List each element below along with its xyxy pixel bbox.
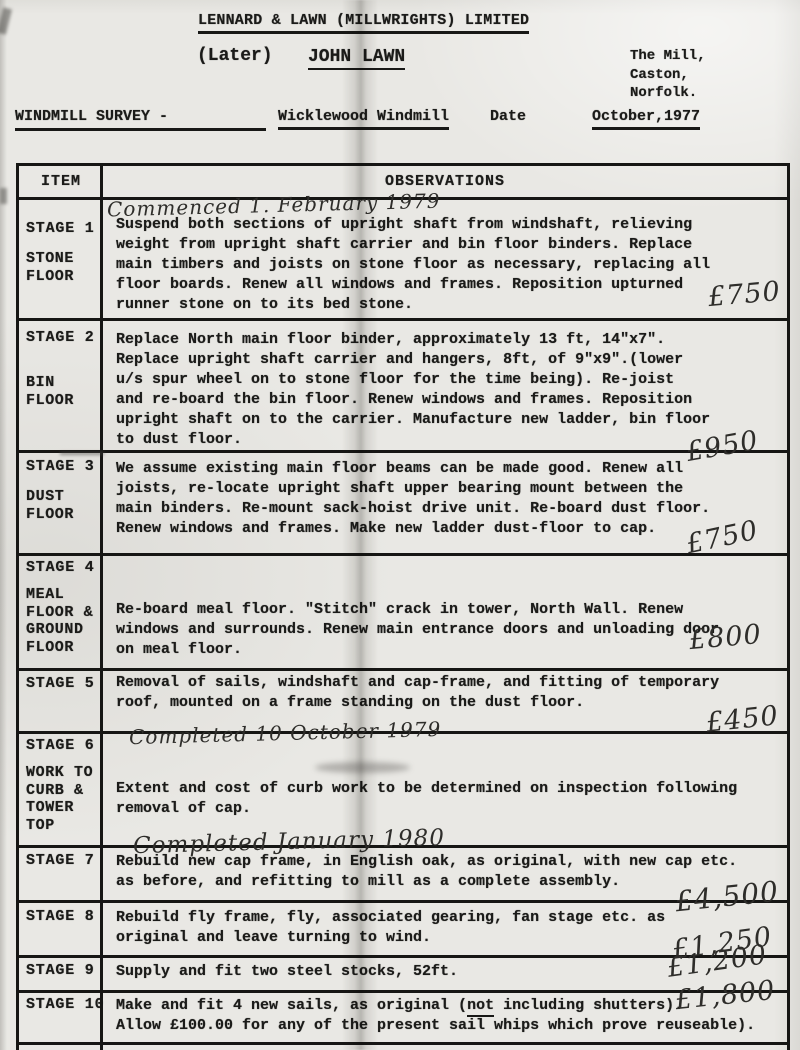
- observations-cell: Commenced 1. February 1979 Suspend both …: [103, 200, 787, 318]
- observation-text-part: including shutters).: [494, 997, 683, 1014]
- table-row: STAGE 1 STONE FLOOR Commenced 1. Februar…: [19, 200, 787, 321]
- observations-cell: We assume existing main floor beams can …: [103, 453, 787, 553]
- stage-label: STAGE 3: [26, 458, 103, 475]
- stage-label: STAGE 6: [26, 737, 103, 754]
- mill-name: Wicklewood Windmill: [278, 108, 449, 130]
- column-divider: [100, 166, 103, 1050]
- observations-cell: Replace North main floor binder, approxi…: [103, 321, 787, 450]
- observations-cell: Removal of sails, windshaft and cap-fram…: [103, 671, 787, 731]
- document-page: LENNARD & LAWN (MILLWRIGHTS) LIMITED (La…: [0, 0, 800, 1050]
- observation-text: Replace North main floor binder, approxi…: [116, 321, 787, 450]
- item-column-header: ITEM: [19, 166, 103, 197]
- observations-column-header: OBSERVATIONS: [103, 166, 787, 197]
- date-value: October,1977: [592, 108, 700, 130]
- stage-item-cell: STAGE 1 STONE FLOOR: [19, 200, 103, 318]
- item-name: WORK TO CURB & TOWER TOP: [26, 764, 103, 834]
- stage-label: STAGE 9: [26, 962, 103, 979]
- item-name: BIN FLOOR: [26, 374, 103, 409]
- later-label: (Later): [197, 46, 273, 66]
- stage-item-cell: STAGE 7: [19, 848, 103, 900]
- proprietor-name: JOHN LAWN: [308, 47, 405, 70]
- observations-cell: Re-board meal floor. "Stitch" crack in t…: [103, 556, 787, 668]
- observation-text-part: Make and fit 4 new sails, as original (: [116, 997, 467, 1014]
- stage-item-cell: STAGE 9: [19, 958, 103, 990]
- table-row: STAGE 10 Make and fit 4 new sails, as or…: [19, 993, 787, 1045]
- table-row: STAGE 8 Rebuild fly frame, fly, associat…: [19, 903, 787, 958]
- table-row: STAGE 9 Supply and fit two steel stocks,…: [19, 958, 787, 993]
- stage-item-cell: STAGE 4 MEAL FLOOR & GROUND FLOOR: [19, 556, 103, 668]
- table-row: STAGE 5 Removal of sails, windshaft and …: [19, 671, 787, 734]
- item-name: MEAL FLOOR & GROUND FLOOR: [26, 586, 103, 656]
- stage-label: STAGE 10: [26, 996, 103, 1013]
- stage-label: STAGE 1: [26, 220, 103, 237]
- stage-item-cell: STAGE 8: [19, 903, 103, 955]
- observation-text: We assume existing main floor beams can …: [116, 453, 787, 539]
- ink-smudge: [315, 762, 410, 773]
- stage-label: STAGE 5: [26, 675, 103, 692]
- table-row: STAGE 4 MEAL FLOOR & GROUND FLOOR Re-boa…: [19, 556, 787, 671]
- observation-text-underlined: not: [467, 997, 494, 1017]
- scan-edge-mark: [0, 7, 12, 34]
- item-name: DUST FLOOR: [26, 488, 103, 523]
- stage-label: STAGE 8: [26, 908, 103, 925]
- stage-item-cell: STAGE 10: [19, 993, 103, 1042]
- observations-cell: Extent and cost of curb work to be deter…: [103, 734, 787, 845]
- handwritten-price: £800: [688, 619, 763, 656]
- stage-item-cell: STAGE 5: [19, 671, 103, 731]
- stage-item-cell: STAGE 6 WORK TO CURB & TOWER TOP: [19, 734, 103, 845]
- table-row: STAGE 2 BIN FLOOR Replace North main flo…: [19, 321, 787, 453]
- observation-text: Removal of sails, windshaft and cap-fram…: [116, 671, 787, 713]
- company-address: The Mill, Caston, Norfolk.: [630, 47, 706, 103]
- observation-text: Re-board meal floor. "Stitch" crack in t…: [116, 556, 787, 660]
- observation-text: Allow £100.00 for any of the present sai…: [116, 1016, 787, 1036]
- handwritten-price: £750: [707, 276, 782, 313]
- item-name: STONE FLOOR: [26, 250, 103, 285]
- stage-label: STAGE 2: [26, 329, 103, 346]
- pen-dash-mark: [60, 452, 104, 455]
- company-name: LENNARD & LAWN (MILLWRIGHTS) LIMITED: [198, 12, 529, 34]
- table-row: STAGE 3 DUST FLOOR We assume existing ma…: [19, 453, 787, 556]
- handwritten-price: £450: [705, 700, 781, 738]
- survey-title: WINDMILL SURVEY -: [15, 108, 266, 131]
- stage-label: STAGE 4: [26, 559, 103, 576]
- stage-item-cell: STAGE 2 BIN FLOOR: [19, 321, 103, 450]
- date-label: Date: [490, 108, 526, 125]
- observations-cell: Make and fit 4 new sails, as original (n…: [103, 993, 787, 1042]
- table-row: STAGE 6 WORK TO CURB & TOWER TOP Extent …: [19, 734, 787, 848]
- scan-edge-mark: [0, 188, 7, 204]
- stage-item-cell: STAGE 3 DUST FLOOR: [19, 453, 103, 553]
- survey-table: ITEM OBSERVATIONS STAGE 1 STONE FLOOR Co…: [16, 163, 790, 1050]
- stage-label: STAGE 7: [26, 852, 103, 869]
